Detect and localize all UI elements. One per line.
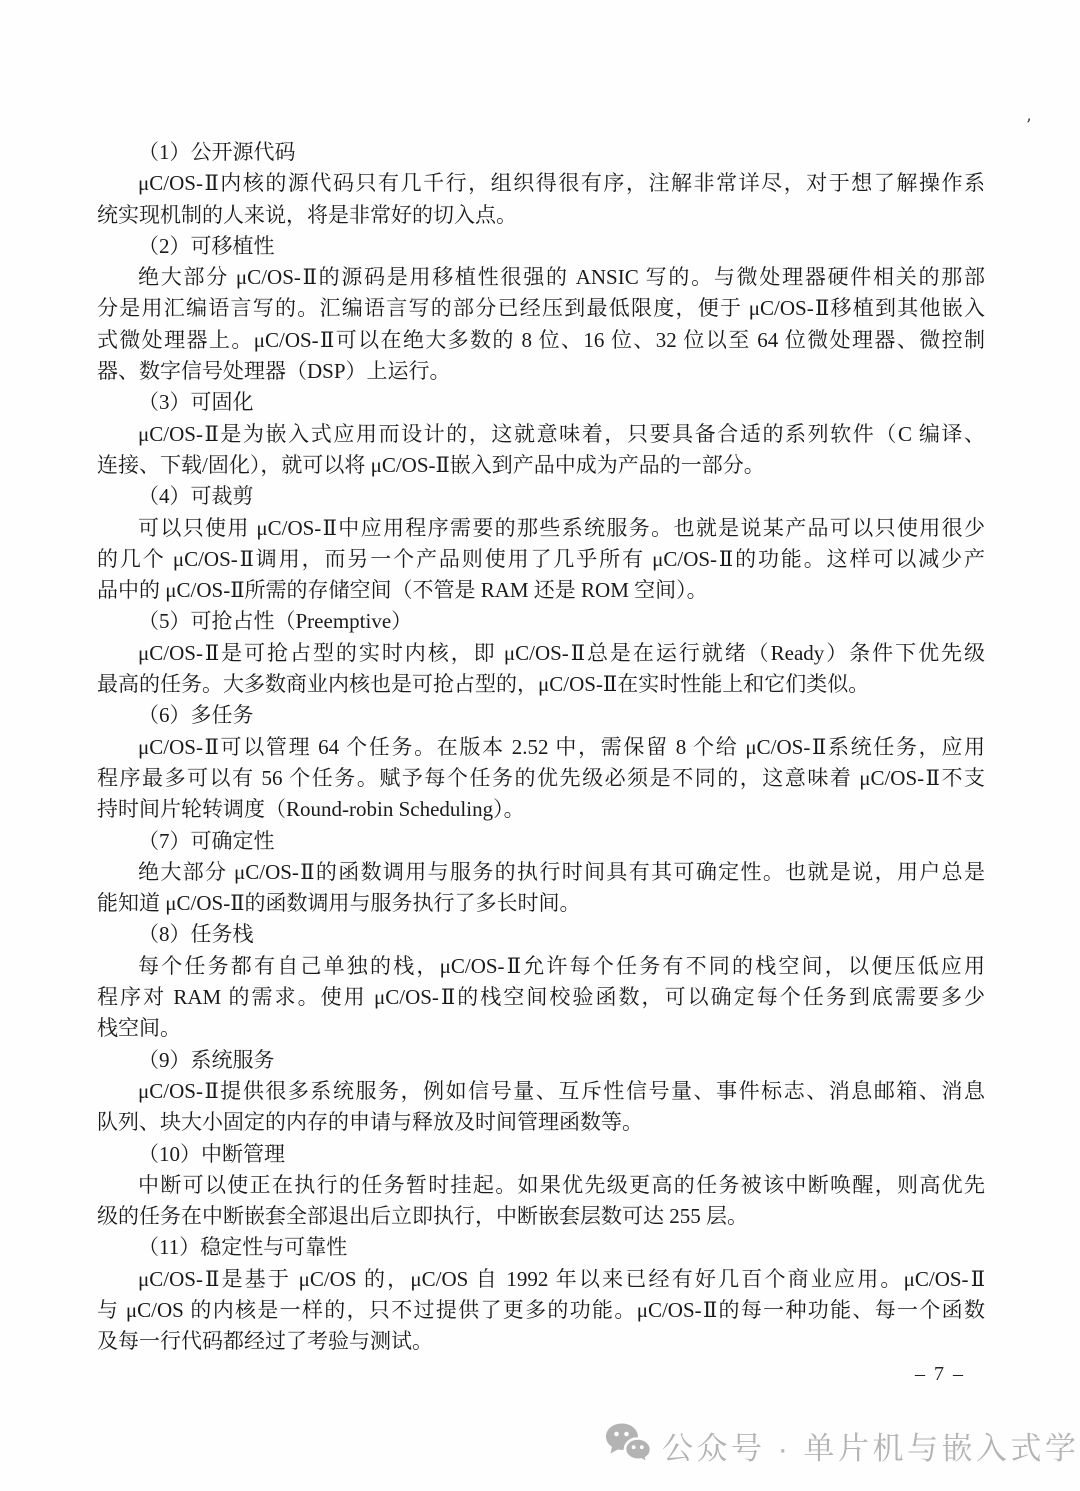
text-line: 队列、块大小固定的内存的申请与释放及时间管理函数等。 [97,1107,985,1138]
text-line: μC/OS-Ⅱ内核的源代码只有几千行，组织得很有序，注解非常详尽，对于想了解操作… [97,168,985,199]
section-heading: （2）可移植性 [97,231,985,262]
text-line: 绝大部分 μC/OS-Ⅱ的源码是用移植性很强的 ANSIC 写的。与微处理器硬件… [97,262,985,293]
page-content: （1）公开源代码 μC/OS-Ⅱ内核的源代码只有几千行，组织得很有序，注解非常详… [97,137,985,1358]
section-preemptive: （5）可抢占性（Preemptive） μC/OS-Ⅱ是可抢占型的实时内核，即 … [97,606,985,700]
section-robustness: （11）稳定性与可靠性 μC/OS-Ⅱ是基于 μC/OS 的，μC/OS 自 1… [97,1232,985,1357]
section-deterministic: （7）可确定性 绝大部分 μC/OS-Ⅱ的函数调用与服务的执行时间具有其可确定性… [97,826,985,920]
stray-speck: ’ [1026,116,1031,136]
document-page: ’ （1）公开源代码 μC/OS-Ⅱ内核的源代码只有几千行，组织得很有序，注解非… [0,0,1080,1491]
section-open-source: （1）公开源代码 μC/OS-Ⅱ内核的源代码只有几千行，组织得很有序，注解非常详… [97,137,985,231]
section-system-services: （9）系统服务 μC/OS-Ⅱ提供很多系统服务，例如信号量、互斥性信号量、事件标… [97,1045,985,1139]
wechat-icon [605,1422,652,1468]
text-line: μC/OS-Ⅱ是可抢占型的实时内核，即 μC/OS-Ⅱ总是在运行就绪（Ready… [97,638,985,669]
section-heading: （7）可确定性 [97,826,985,857]
section-heading: （4）可裁剪 [97,481,985,512]
text-line: 分是用汇编语言写的。汇编语言写的部分已经压到最低限度，便于 μC/OS-Ⅱ移植到… [97,293,985,324]
text-line: 可以只使用 μC/OS-Ⅱ中应用程序需要的那些系统服务。也就是说某产品可以只使用… [97,513,985,544]
section-portability: （2）可移植性 绝大部分 μC/OS-Ⅱ的源码是用移植性很强的 ANSIC 写的… [97,231,985,387]
text-line: 栈空间。 [97,1013,985,1044]
text-line: 每个任务都有自己单独的栈，μC/OS-Ⅱ允许每个任务有不同的栈空间，以便压低应用 [97,951,985,982]
text-line: 中断可以使正在执行的任务暂时挂起。如果优先级更高的任务被该中断唤醒，则高优先 [97,1170,985,1201]
text-line: 及每一行代码都经过了考验与测试。 [97,1326,985,1357]
text-line: 连接、下载/固化），就可以将 μC/OS-Ⅱ嵌入到产品中成为产品的一部分。 [97,450,985,481]
section-heading: （1）公开源代码 [97,137,985,168]
text-line: 程序最多可以有 56 个任务。赋予每个任务的优先级必须是不同的，这意味着 μC/… [97,763,985,794]
section-heading: （5）可抢占性（Preemptive） [97,606,985,637]
text-line: 式微处理器上。μC/OS-Ⅱ可以在绝大多数的 8 位、16 位、32 位以至 6… [97,325,985,356]
text-line: 与 μC/OS 的内核是一样的，只不过提供了更多的功能。μC/OS-Ⅱ的每一种功… [97,1295,985,1326]
text-line: 统实现机制的人来说，将是非常好的切入点。 [97,200,985,231]
text-line: 的几个 μC/OS-Ⅱ调用，而另一个产品则使用了几乎所有 μC/OS-Ⅱ的功能。… [97,544,985,575]
section-interrupt-management: （10）中断管理 中断可以使正在执行的任务暂时挂起。如果优先级更高的任务被该中断… [97,1139,985,1233]
section-heading: （10）中断管理 [97,1139,985,1170]
text-line: 最高的任务。大多数商业内核也是可抢占型的，μC/OS-Ⅱ在实时性能上和它们类似。 [97,669,985,700]
section-heading: （9）系统服务 [97,1045,985,1076]
text-line: 级的任务在中断嵌套全部退出后立即执行，中断嵌套层数可达 255 层。 [97,1201,985,1232]
text-line: 持时间片轮转调度（Round-robin Scheduling）。 [97,794,985,825]
text-line: μC/OS-Ⅱ提供很多系统服务，例如信号量、互斥性信号量、事件标志、消息邮箱、消… [97,1076,985,1107]
text-line: μC/OS-Ⅱ可以管理 64 个任务。在版本 2.52 中，需保留 8 个给 μ… [97,732,985,763]
text-line: μC/OS-Ⅱ是为嵌入式应用而设计的，这就意味着，只要具备合适的系列软件（C 编… [97,419,985,450]
text-line: μC/OS-Ⅱ是基于 μC/OS 的，μC/OS 自 1992 年以来已经有好几… [97,1264,985,1295]
section-task-stacks: （8）任务栈 每个任务都有自己单独的栈，μC/OS-Ⅱ允许每个任务有不同的栈空间… [97,919,985,1044]
section-multitask: （6）多任务 μC/OS-Ⅱ可以管理 64 个任务。在版本 2.52 中，需保留… [97,700,985,825]
text-line: 程序对 RAM 的需求。使用 μC/OS-Ⅱ的栈空间校验函数，可以确定每个任务到… [97,982,985,1013]
text-line: 器、数字信号处理器（DSP）上运行。 [97,356,985,387]
text-line: 能知道 μC/OS-Ⅱ的函数调用与服务执行了多长时间。 [97,888,985,919]
page-number: – 7 – [915,1363,965,1386]
section-heading: （11）稳定性与可靠性 [97,1232,985,1263]
watermark: 公众号 · 单片机与嵌入式学堂 [605,1420,1080,1470]
section-heading: （3）可固化 [97,387,985,418]
section-heading: （6）多任务 [97,700,985,731]
section-scalable: （4）可裁剪 可以只使用 μC/OS-Ⅱ中应用程序需要的那些系统服务。也就是说某… [97,481,985,606]
watermark-text: 公众号 · 单片机与嵌入式学堂 [662,1423,1080,1468]
text-line: 品中的 μC/OS-Ⅱ所需的存储空间（不管是 RAM 还是 ROM 空间）。 [97,575,985,606]
text-line: 绝大部分 μC/OS-Ⅱ的函数调用与服务的执行时间具有其可确定性。也就是说，用户… [97,857,985,888]
section-heading: （8）任务栈 [97,919,985,950]
section-romable: （3）可固化 μC/OS-Ⅱ是为嵌入式应用而设计的，这就意味着，只要具备合适的系… [97,387,985,481]
